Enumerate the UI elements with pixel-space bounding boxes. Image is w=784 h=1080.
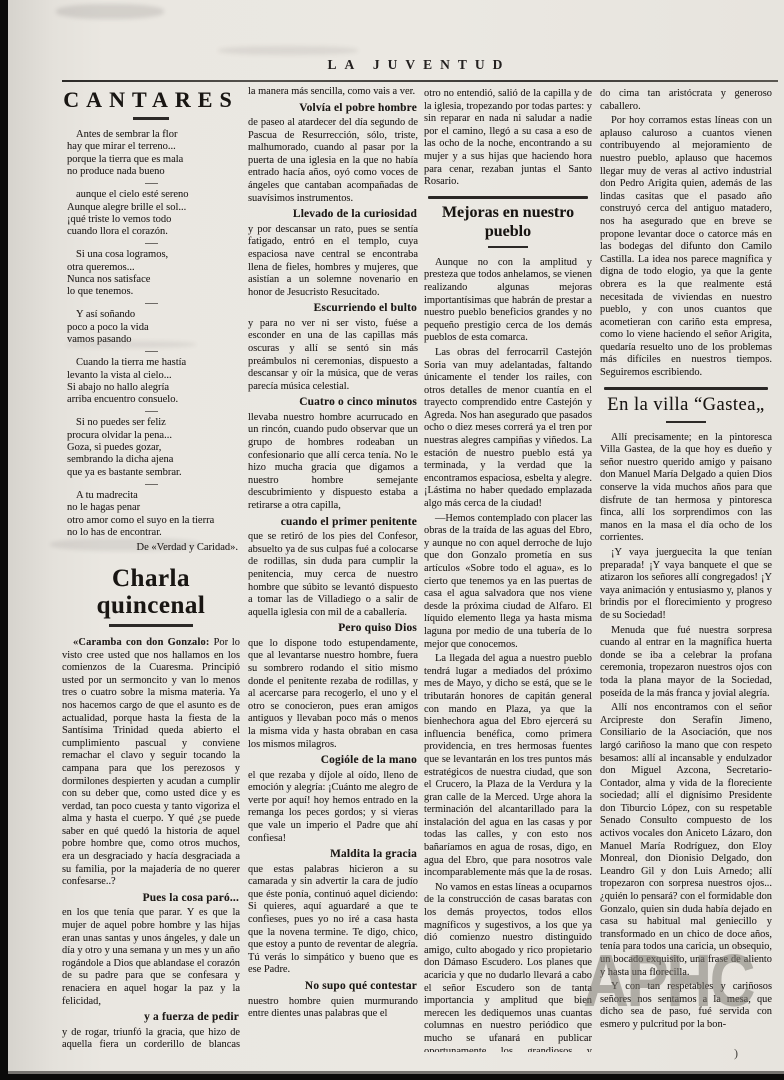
body-paragraph: La llegada del agua a nuestro pueblo ten… bbox=[424, 653, 592, 880]
paragraph-lead: «Caramba con don Gonzalo: bbox=[73, 637, 214, 648]
body-paragraph: y por descansar un rato, pues se sentía … bbox=[248, 224, 418, 300]
verse-stanza: Si una cosa logramos,otra queremos...Nun… bbox=[67, 249, 240, 299]
verse-line: poco a poco la vida bbox=[67, 322, 240, 334]
body-paragraph: Allí nos encontramos con el señor Arcipr… bbox=[600, 702, 772, 979]
verse-line: que ya es bastante sembrar. bbox=[67, 467, 240, 479]
body-paragraph: ¡Y vaya juerguecita la que tenían prepar… bbox=[600, 547, 772, 623]
section-title-text: Mejoras en nuestro pueblo bbox=[424, 203, 592, 241]
body-paragraph: la manera más sencilla, como vais a ver. bbox=[248, 86, 418, 99]
verse-line: porque la tierra que es mala bbox=[67, 154, 240, 166]
verse-line: A tu madrecita bbox=[67, 490, 240, 502]
body-paragraph: otro no entendió, salió de la capilla y … bbox=[424, 88, 592, 189]
section-title-text: CANTARES bbox=[62, 87, 240, 112]
verse-line: no produce nada bueno bbox=[67, 166, 240, 178]
section-title-cantares: CANTARES bbox=[62, 87, 240, 120]
verse-stanza: Si no puedes ser felizprocura olvidar la… bbox=[67, 417, 240, 479]
body-paragraph: que se retiró de los pies del Confesor, … bbox=[248, 531, 418, 619]
paragraph-subhead: Cuatro o cinco minutos bbox=[249, 396, 417, 409]
newspaper-column-4: do cima tan aristócrata y generoso cabal… bbox=[600, 88, 772, 1052]
verse-stanza: aunque el cielo esté serenoAunque alegre… bbox=[67, 189, 240, 239]
section-title-mejoras: Mejoras en nuestro pueblo bbox=[424, 196, 592, 248]
verse-line: ¡qué triste lo vemos todo bbox=[67, 214, 240, 226]
verse-line: hay que mirar el terreno... bbox=[67, 141, 240, 153]
verse-line: aunque el cielo esté sereno bbox=[67, 189, 240, 201]
section-title-charla: Charla quincenal bbox=[62, 565, 240, 627]
verse-line: Antes de sembrar la flor bbox=[67, 129, 240, 141]
stanza-divider bbox=[145, 484, 158, 485]
paragraph-subhead: cuando el primer penitente bbox=[249, 516, 417, 529]
newspaper-page: LA JUVENTUD CANTARESAntes de sembrar la … bbox=[8, 0, 784, 1074]
verse-line: cuando llora el corazón. bbox=[67, 226, 240, 238]
section-rule-below bbox=[666, 421, 706, 423]
section-rule-above bbox=[428, 196, 588, 199]
section-rule-below bbox=[109, 624, 193, 627]
verse-line: Si no puedes ser feliz bbox=[67, 417, 240, 429]
stanza-divider bbox=[145, 303, 158, 304]
paragraph-subhead: Escurriendo el bulto bbox=[249, 302, 417, 315]
body-paragraph: y para no ver ni ser visto, fuése a esco… bbox=[248, 318, 418, 394]
body-paragraph: de paseo al atardecer del día segundo de… bbox=[248, 117, 418, 205]
verse-line: otra queremos... bbox=[67, 262, 240, 274]
section-rule-above bbox=[604, 387, 768, 390]
paragraph-subhead: No supo qué contestar bbox=[249, 980, 417, 993]
body-paragraph: Por hoy corramos estas líneas con un apl… bbox=[600, 115, 772, 379]
body-paragraph: nuestro hombre quien murmurando entre di… bbox=[248, 996, 418, 1021]
verse-line: Si abajo no hallo alegría bbox=[67, 382, 240, 394]
stanza-divider bbox=[145, 183, 158, 184]
newspaper-column-2: la manera más sencilla, como vais a ver.… bbox=[248, 86, 418, 1052]
body-paragraph: Menuda que fué nuestra sorpresa cuando a… bbox=[600, 625, 772, 701]
body-paragraph: Aunque no con la amplitud y presteza que… bbox=[424, 257, 592, 345]
body-paragraph: Y con tan respetables y cariñosos señore… bbox=[600, 981, 772, 1031]
scan-smudge bbox=[218, 46, 358, 55]
paragraph-subhead: Cogióle de la mano bbox=[249, 754, 417, 767]
page-corner-mark: ) bbox=[734, 1046, 738, 1061]
section-title-text: Charla quincenal bbox=[62, 565, 240, 619]
poem-credit: De «Verdad y Caridad». bbox=[64, 542, 238, 555]
newspaper-column-3: otro no entendió, salió de la capilla y … bbox=[424, 88, 592, 1052]
body-paragraph: y de rogar, triunfó la gracia, que hizo … bbox=[62, 1027, 240, 1052]
verse-line: Y así soñando bbox=[67, 309, 240, 321]
verse-line: sembrando la dicha ajena bbox=[67, 454, 240, 466]
body-paragraph: llevaba nuestro hombre acurrucado en un … bbox=[248, 412, 418, 513]
body-paragraph: «Caramba con don Gonzalo: Por lo visto c… bbox=[62, 637, 240, 889]
body-paragraph: —Hemos contemplado con placer las obras … bbox=[424, 513, 592, 652]
body-paragraph: do cima tan aristócrata y generoso cabal… bbox=[600, 88, 772, 113]
verse-stanza: Antes de sembrar la florhay que mirar el… bbox=[67, 129, 240, 179]
paragraph-subhead: Pues la cosa paró... bbox=[63, 892, 239, 905]
verse-stanza: Y así soñandopoco a poco la vidavamos pa… bbox=[67, 309, 240, 346]
verse-line: no le hagas penar bbox=[67, 502, 240, 514]
body-paragraph: en los que tenía que parar. Y es que la … bbox=[62, 907, 240, 1008]
verse-line: procura olvidar la pena... bbox=[67, 430, 240, 442]
verse-line: arriba encuentro consuelo. bbox=[67, 394, 240, 406]
stanza-divider bbox=[145, 411, 158, 412]
body-paragraph: que estas palabras hicieron a su camarad… bbox=[248, 864, 418, 977]
body-paragraph: Las obras del ferrocarril Castejón Soria… bbox=[424, 347, 592, 511]
section-rule-below bbox=[488, 246, 528, 248]
paragraph-subhead: y a fuerza de pedir bbox=[63, 1011, 239, 1024]
body-paragraph: que lo dispone todo estupendamente, que … bbox=[248, 638, 418, 751]
body-paragraph: Allí precisamente; en la pintoresca Vill… bbox=[600, 432, 772, 545]
verse-line: lo que tenemos. bbox=[67, 286, 240, 298]
section-title-text: En la villa “Gastea„ bbox=[600, 394, 772, 416]
paragraph-subhead: Volvía el pobre hombre bbox=[249, 102, 417, 115]
masthead-title: LA JUVENTUD bbox=[62, 57, 776, 73]
verse-stanza: A tu madrecitano le hagas penarotro amor… bbox=[67, 490, 240, 540]
body-paragraph: No vamos en estas líneas a ocuparnos de … bbox=[424, 882, 592, 1052]
verse-line: Nunca nos satisface bbox=[67, 274, 240, 286]
body-paragraph: el que rezaba y díjole al oído, lleno de… bbox=[248, 770, 418, 846]
verse-line: levanto la vista al cielo... bbox=[67, 370, 240, 382]
verse-line: Si una cosa logramos, bbox=[67, 249, 240, 261]
verse-line: otro amor como el suyo en la tierra bbox=[67, 515, 240, 527]
verse-line: Cuando la tierra me hastía bbox=[67, 357, 240, 369]
newspaper-column-1: CANTARESAntes de sembrar la florhay que … bbox=[62, 84, 240, 1052]
paragraph-subhead: Pero quiso Dios bbox=[249, 622, 417, 635]
stanza-divider bbox=[145, 243, 158, 244]
verse-line: no lo has de encontrar. bbox=[67, 527, 240, 539]
verse-line: Aunque alegre brille el sol... bbox=[67, 202, 240, 214]
verse-stanza: Cuando la tierra me hastíalevanto la vis… bbox=[67, 357, 240, 407]
stanza-divider bbox=[145, 351, 158, 352]
paragraph-subhead: Maldita la gracia bbox=[249, 848, 417, 861]
section-title-gastea: En la villa “Gastea„ bbox=[600, 387, 772, 423]
paragraph-subhead: Llevado de la curiosidad bbox=[249, 208, 417, 221]
scanned-newspaper-page: { "page": { "masthead": "LA JUVENTUD", "… bbox=[0, 0, 784, 1080]
verse-line: vamos pasando bbox=[67, 334, 240, 346]
verse-line: Goza, si puedes gozar, bbox=[67, 442, 240, 454]
masthead-rule bbox=[62, 80, 778, 82]
scan-smudge bbox=[56, 4, 164, 19]
section-rule-below bbox=[133, 117, 169, 120]
